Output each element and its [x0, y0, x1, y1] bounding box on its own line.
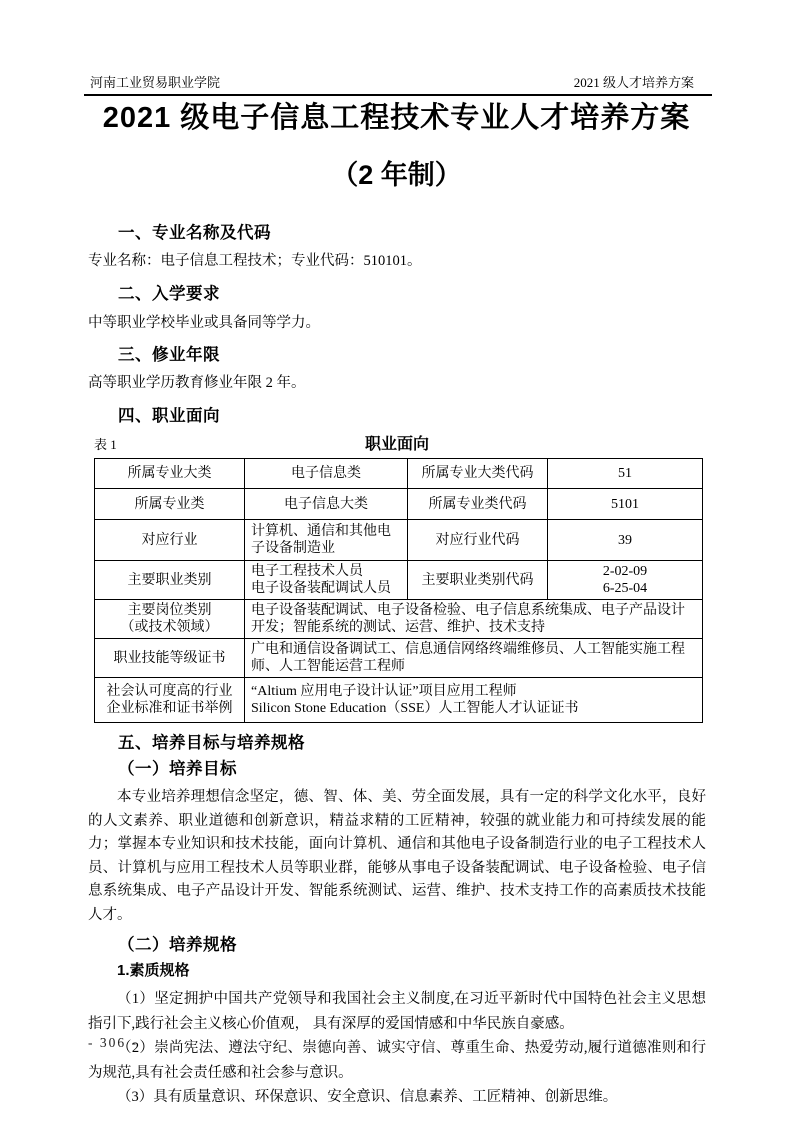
table-row: 社会认可度高的行业 企业标准和证书举例 “Altium 应用电子设计认证”项目应…: [95, 678, 703, 723]
document-subtitle: （2 年制）: [0, 160, 793, 190]
section-heading-1: 一、专业名称及代码: [88, 224, 706, 242]
table-cell: “Altium 应用电子设计认证”项目应用工程师 Silicon Stone E…: [245, 678, 703, 723]
table-cell: 社会认可度高的行业 企业标准和证书举例: [95, 678, 245, 723]
table-row: 职业技能等级证书 广电和通信设备调试工、信息通信网络终端维修员、人工智能实施工程…: [95, 639, 703, 678]
section-3-text: 高等职业学历教育修业年限 2 年。: [88, 375, 706, 392]
table-cell: 主要岗位类别 （或技术领域）: [95, 600, 245, 639]
section-heading-3: 三、修业年限: [88, 346, 706, 364]
section-heading-2: 二、入学要求: [88, 285, 706, 303]
table-row: 所属专业大类 电子信息类 所属专业大类代码 51: [95, 459, 703, 489]
table-cell: 5101: [548, 489, 703, 520]
subsection-heading-5-1: （一）培养目标: [88, 760, 706, 778]
header-school-name: 河南工业贸易职业学院: [90, 76, 220, 90]
table-row: 主要岗位类别 （或技术领域） 电子设备装配调试、电子设备检验、电子信息系统集成、…: [95, 600, 703, 639]
table-number-label: 表 1: [94, 438, 117, 452]
table-cell: 所属专业类代码: [408, 489, 548, 520]
table-row: 主要职业类别 电子工程技术人员 电子设备装配调试人员 主要职业类别代码 2-02…: [95, 561, 703, 600]
table-cell: 所属专业类: [95, 489, 245, 520]
section-2-text: 中等职业学校毕业或具备同等学力。: [88, 315, 706, 332]
header-doc-name: 2021 级人才培养方案: [574, 76, 694, 90]
table-cell: 对应行业代码: [408, 520, 548, 561]
quality-item-1: （1）坚定拥护中国共产党领导和我国社会主义制度,在习近平新时代中国特色社会主义思…: [88, 987, 706, 1036]
quality-item-2: （2）崇尚宪法、遵法守纪、崇德向善、诚实守信、尊重生命、热爱劳动,履行道德准则和…: [88, 1036, 706, 1085]
table-cell: 所属专业大类: [95, 459, 245, 489]
job-orientation-table: 所属专业大类 电子信息类 所属专业大类代码 51 所属专业类 电子信息大类 所属…: [94, 458, 703, 723]
table-cell: 职业技能等级证书: [95, 639, 245, 678]
page-number: - 306 -: [88, 1035, 138, 1051]
table-cell: 电子信息类: [245, 459, 408, 489]
document-page: 河南工业贸易职业学院 2021 级人才培养方案 2021 级电子信息工程技术专业…: [0, 0, 793, 1122]
quality-spec-heading: 1.素质规格: [88, 962, 706, 979]
document-body: 一、专业名称及代码 专业名称：电子信息工程技术；专业代码：510101。 二、入…: [88, 224, 706, 1110]
table-cell: 电子工程技术人员 电子设备装配调试人员: [245, 561, 408, 600]
table-cell: 所属专业大类代码: [408, 459, 548, 489]
table-cell: 51: [548, 459, 703, 489]
table-row: 所属专业类 电子信息大类 所属专业类代码 5101: [95, 489, 703, 520]
table-cell: 广电和通信设备调试工、信息通信网络终端维修员、人工智能实施工程师、人工智能运营工…: [245, 639, 703, 678]
table-cell: 计算机、通信和其他电子设备制造业: [245, 520, 408, 561]
training-objective-paragraph: 本专业培养理想信念坚定，德、智、体、美、劳全面发展，具有一定的科学文化水平，良好…: [88, 786, 706, 927]
page-header: 河南工业贸易职业学院 2021 级人才培养方案: [84, 76, 712, 96]
table-cell: 对应行业: [95, 520, 245, 561]
section-heading-4: 四、职业面向: [88, 407, 706, 425]
subsection-heading-5-2: （二）培养规格: [88, 936, 706, 954]
table-row: 对应行业 计算机、通信和其他电子设备制造业 对应行业代码 39: [95, 520, 703, 561]
table-cell: 2-02-09 6-25-04: [548, 561, 703, 600]
table-cell: 主要职业类别代码: [408, 561, 548, 600]
section-1-text: 专业名称：电子信息工程技术；专业代码：510101。: [88, 253, 706, 270]
table-cell: 39: [548, 520, 703, 561]
table-caption: 职业面向: [88, 435, 706, 454]
table-cell: 电子设备装配调试、电子设备检验、电子信息系统集成、电子产品设计开发；智能系统的测…: [245, 600, 703, 639]
section-heading-5: 五、培养目标与培养规格: [88, 734, 706, 752]
table-cell: 电子信息大类: [245, 489, 408, 520]
document-title: 2021 级电子信息工程技术专业人才培养方案: [0, 103, 793, 133]
table-caption-row: 表 1 职业面向: [88, 435, 706, 455]
table-cell: 主要职业类别: [95, 561, 245, 600]
quality-item-3: （3）具有质量意识、环保意识、安全意识、信息素养、工匠精神、创新思维。: [88, 1085, 706, 1110]
